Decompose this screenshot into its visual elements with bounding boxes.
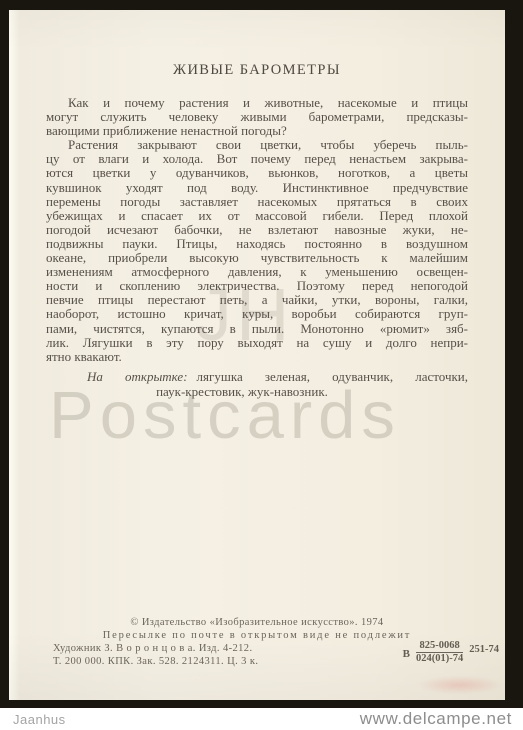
imprint-block: © Издательство «Изобразительное искусств…	[9, 616, 505, 668]
text-line: наоборот, истошно кричат, куры, воробьи …	[46, 307, 468, 321]
scan-frame: JH Postcards ЖИВЫЕ БАРОМЕТРЫ Как и почем…	[0, 0, 523, 708]
imprint-copyright-line: © Издательство «Изобразительное искусств…	[9, 616, 505, 629]
text-line: вающими приближение ненастной погоды?	[46, 124, 468, 138]
imprint-code-suffix: 251-74	[469, 643, 499, 656]
card-title: ЖИВЫЕ БАРОМЕТРЫ	[9, 62, 505, 79]
text-line: певчие птицы перестают петь, а чайки, ут…	[46, 293, 468, 307]
text-line: ются цветки у одуванчиков, вьюнков, ного…	[46, 166, 468, 180]
text-line: ности и скоплению электричества. Поэтому…	[46, 279, 468, 293]
imprint-code-top: 825-0068	[416, 640, 463, 653]
text-line: ятно квакают.	[46, 350, 468, 364]
imprint-code-bottom: 024(01)-74	[416, 653, 463, 665]
caption-line: На открытке:лягушка зеленая, одуванчик, …	[46, 369, 468, 384]
caption-text: лягушка зеленая, одуванчик, ласточки,	[197, 369, 468, 384]
text-line: погодой исчезают бабочки, не взлетают на…	[46, 223, 468, 237]
text-line: океане, приобрели высокую чувствительнос…	[46, 251, 468, 265]
text-line: подвижны пауки. Птицы, находясь постоянн…	[46, 237, 468, 251]
text-line: перемены погоды заставляет насекомых пря…	[46, 195, 468, 209]
imprint-code-block: В 825-0068 024(01)-74 251-74	[403, 640, 499, 664]
imprint-code-fraction: 825-0068 024(01)-74	[416, 640, 463, 664]
caption-line: паук-крестовик, жук-навозник.	[46, 384, 468, 399]
footer-bar: Jaanhus www.delcampe.net	[0, 708, 523, 730]
text-line: пами, чистятся, купаются в пыли. Монотон…	[46, 322, 468, 336]
text-line: убежищах и спасает их от массовой гибели…	[46, 209, 468, 223]
card-body-text: Как и почему растения и животные, насеко…	[46, 96, 468, 399]
caption-block: На открытке:лягушка зеленая, одуванчик, …	[46, 369, 468, 399]
text-line: кувшинок уходят под воду. Инстинктивное …	[46, 181, 468, 195]
caption-label: На открытке:	[87, 369, 188, 384]
scan-stain	[417, 676, 503, 694]
imprint-code-prefix: В	[403, 648, 410, 661]
footer-site-url: www.delcampe.net	[360, 709, 512, 729]
text-line: Как и почему растения и животные, насеко…	[46, 96, 468, 110]
text-line: цу от влаги и холода. Вот почему перед н…	[46, 152, 468, 166]
footer-seller-name: Jaanhus	[13, 712, 66, 727]
text-line: лик. Лягушки в эту пору выходят на сушу …	[46, 336, 468, 350]
text-line: Растения закрывают свои цветки, чтобы уб…	[46, 138, 468, 152]
text-line: могут служить человеку живыми барометрам…	[46, 110, 468, 124]
postcard-paper: JH Postcards ЖИВЫЕ БАРОМЕТРЫ Как и почем…	[9, 10, 505, 700]
text-line: изменениям атмосферного давления, к умен…	[46, 265, 468, 279]
